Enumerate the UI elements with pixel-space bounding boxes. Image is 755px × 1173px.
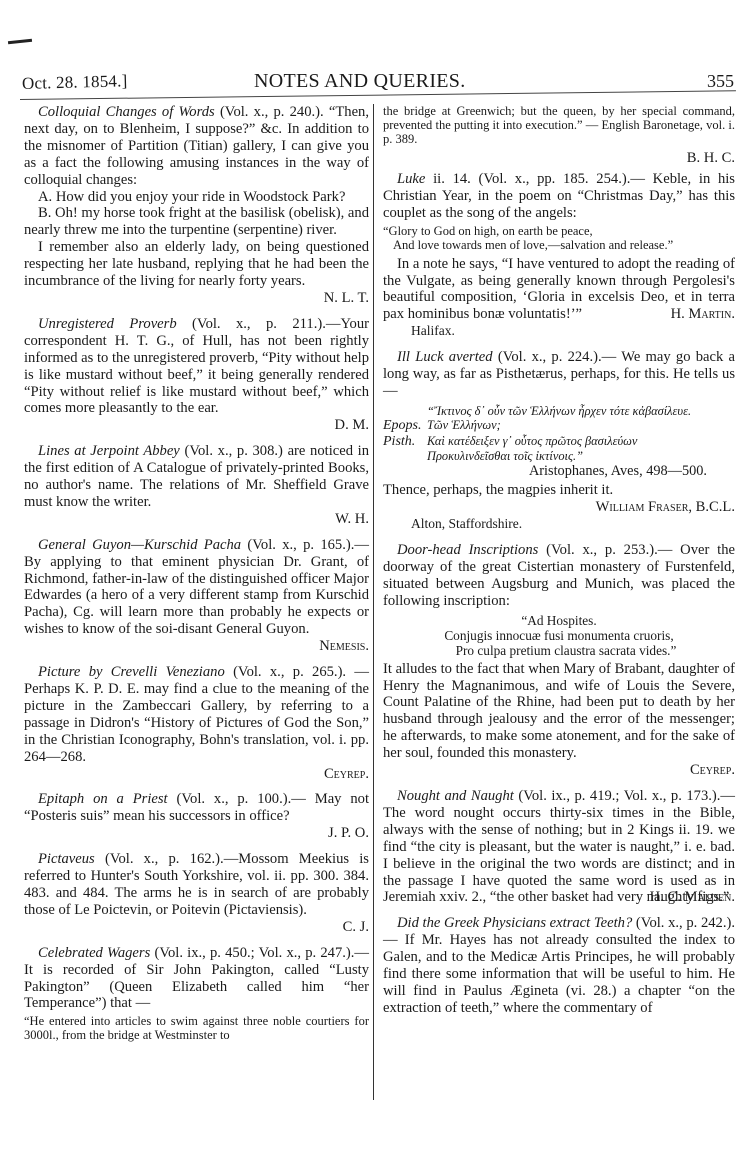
quote-text: the bridge at Greenwich; but the queen, … [383,104,735,146]
article-signature: William Fraser, B.C.L. [383,499,735,516]
page-number: 355 [707,71,734,92]
article-reference: (Vol. x., p. 253.). [546,542,658,558]
article-jerpoint-abbey: Lines at Jerpoint Abbey (Vol. x., p. 308… [24,443,369,528]
article-paragraph: Picture by Crevelli Veneziano (Vol. x., … [24,664,369,765]
article-topic: Door-head Inscriptions [397,542,538,558]
article-topic: Epitaph on a Priest [38,791,168,807]
article-topic: Colloquial Changes of Words [38,104,215,120]
block-quote: “He entered into articles to swim agains… [24,1014,369,1042]
article-reference: (Vol. x., p. 265.). [233,664,346,680]
article-paragraph: Pictaveus (Vol. x., p. 162.).—Mossom Mee… [24,851,369,919]
article-reference: (Vol. x., p. 165.). [247,537,354,553]
article-paragraph: Celebrated Wagers (Vol. ix., p. 450.; Vo… [24,945,369,1013]
greek-line: Epops.Τῶν Ἑλλήνων; [383,418,735,434]
speaker-label: Pisth. [383,435,427,450]
article-signature: N. L. T. [24,290,369,307]
article-topic: General Guyon—Kurschid Pacha [38,537,241,553]
article-greek-physicians: Did the Greek Physicians extract Teeth? … [383,915,735,1016]
page-corner-mark [8,39,32,44]
block-quote: the bridge at Greenwich; but the queen, … [383,104,735,146]
article-topic: Nought and Naught [397,788,514,804]
article-nought-naught: Nought and Naught (Vol. ix., p. 419.; Vo… [383,788,735,906]
article-signature: D. M. [24,417,369,434]
article-wagers-continued: the bridge at Greenwich; but the queen, … [383,104,735,167]
article-paragraph: Unregistered Proverb (Vol. x., p. 211.).… [24,316,369,417]
inscription-line: Conjugis innocuæ fusi monumenta cruoris, [383,628,735,643]
quote-text: “He entered into articles to swim agains… [24,1014,369,1042]
article-luke: Luke ii. 14. (Vol. x., pp. 185. 254.).— … [383,171,735,340]
article-crevelli-picture: Picture by Crevelli Veneziano (Vol. x., … [24,664,369,782]
article-paragraph: Colloquial Changes of Words (Vol. x., p.… [24,104,369,189]
article-place: Alton, Staffordshire. [383,516,735,533]
greek-line: Προκυλινδεῖσθαι τοῖς ἰκτίνοις.” [383,449,735,464]
greek-text: Τῶν Ἑλλήνων; [427,418,501,432]
article-reference: (Vol. x., p. 100.). [177,791,292,807]
article-paragraph: Thence, perhaps, the magpies inherit it. [383,482,735,499]
quote-attribution: Aristophanes, Aves, 498—500. [383,464,735,479]
article-paragraph: It alludes to the fact that when Mary of… [383,661,735,762]
article-place: Halifax. [383,323,735,340]
greek-quotation: “Ἴκτινος δ᾽ οὖν τῶν Ἑλλήνων ἦρχεν τότε κ… [383,404,735,479]
article-signature: C. J. [24,919,369,936]
article-reference: (Vol. ix., p. 450.; Vol. x., p. 247.). [154,945,354,961]
inscription-quote: “Ad Hospites. Conjugis innocuæ fusi monu… [383,613,735,658]
article-topic: Lines at Jerpoint Abbey [38,443,180,459]
article-topic: Pictaveus [38,851,95,867]
article-reference: (Vol. x., p. 308.) [184,443,282,459]
article-paragraph: General Guyon—Kurschid Pacha (Vol. x., p… [24,537,369,638]
article-topic: Did the Greek Physicians extract Teeth? [397,915,632,931]
article-topic: Picture by Crevelli Veneziano [38,664,225,680]
article-door-head-inscriptions: Door-head Inscriptions (Vol. x., p. 253.… [383,542,735,779]
article-paragraph: Lines at Jerpoint Abbey (Vol. x., p. 308… [24,443,369,511]
greek-text: Καὶ κατέδειξεν γ᾽ οὗτος πρῶτος βασιλεύων [427,434,637,448]
article-signature: Ceyrep. [383,762,735,779]
article-signature: J. P. O. [24,825,369,842]
article-signature: B. H. C. [383,150,735,167]
article-reference: (Vol. x., p. 240.). [220,104,324,120]
article-paragraph: Did the Greek Physicians extract Teeth? … [383,915,735,1016]
article-signature: Ceyrep. [24,766,369,783]
article-signature: Nemesis. [24,638,369,655]
verse-quote: “Glory to God on high, on earth be peace… [383,224,735,252]
article-epitaph-priest: Epitaph on a Priest (Vol. x., p. 100.).—… [24,791,369,842]
article-text: — The word nought occurs thirty-six time… [383,788,735,905]
speaker-label: Epops. [383,419,427,434]
article-paragraph: B. Oh! my horse took fright at the basil… [24,205,369,239]
article-reference: (Vol. x., p. 162.). [105,851,224,867]
article-ill-luck: Ill Luck averted (Vol. x., p. 224.).— We… [383,349,735,533]
article-reference: ii. 14. (Vol. x., pp. 185. 254.). [433,171,630,187]
article-signature: W. H. [24,511,369,528]
article-topic: Celebrated Wagers [38,945,150,961]
article-paragraph: Epitaph on a Priest (Vol. x., p. 100.).—… [24,791,369,825]
article-topic: Luke [397,171,425,187]
article-paragraph: Door-head Inscriptions (Vol. x., p. 253.… [383,542,735,610]
article-paragraph: Luke ii. 14. (Vol. x., pp. 185. 254.).— … [383,171,735,222]
article-paragraph: I remember also an elderly lady, on bein… [24,239,369,290]
article-paragraph: Ill Luck averted (Vol. x., p. 224.).— We… [383,349,735,400]
article-topic: Unregistered Proverb [38,316,177,332]
article-topic: Ill Luck averted [397,349,493,365]
article-general-guyon: General Guyon—Kurschid Pacha (Vol. x., p… [24,537,369,655]
article-paragraph: A. How did you enjoy your ride in Woodst… [24,189,369,206]
inscription-line: “Ad Hospites. [383,613,735,628]
article-reference: (Vol. x., p. 211.). [192,316,326,332]
article-reference: (Vol. ix., p. 419.; Vol. x., p. 173.). [518,788,720,804]
article-unregistered-proverb: Unregistered Proverb (Vol. x., p. 211.).… [24,316,369,434]
left-column: Colloquial Changes of Words (Vol. x., p.… [24,104,369,1051]
greek-line: “Ἴκτινος δ᾽ οὖν τῶν Ἑλλήνων ἦρχεν τότε κ… [383,404,735,419]
article-pictaveus: Pictaveus (Vol. x., p. 162.).—Mossom Mee… [24,851,369,936]
verse-line: And love towards men of love,—salvation … [383,238,735,252]
right-column: the bridge at Greenwich; but the queen, … [383,104,735,1026]
column-divider [373,104,374,1100]
article-reference: (Vol. x., p. 224.). [498,349,602,365]
issue-date: Oct. 28. 1854.] [22,71,128,94]
article-reference: (Vol. x., p. 242.). [636,915,735,931]
article-text: — If Mr. Hayes has not already consulted… [383,932,735,1016]
inscription-line: Pro culpa pretium claustra sacrata vides… [383,643,735,658]
greek-line: Pisth.Καὶ κατέδειξεν γ᾽ οὗτος πρῶτος βασ… [383,434,735,450]
verse-line: “Glory to God on high, on earth be peace… [383,224,735,238]
publication-title: NOTES AND QUERIES. [254,70,466,93]
article-celebrated-wagers: Celebrated Wagers (Vol. ix., p. 450.; Vo… [24,945,369,1043]
article-colloquial-changes: Colloquial Changes of Words (Vol. x., p.… [24,104,369,307]
